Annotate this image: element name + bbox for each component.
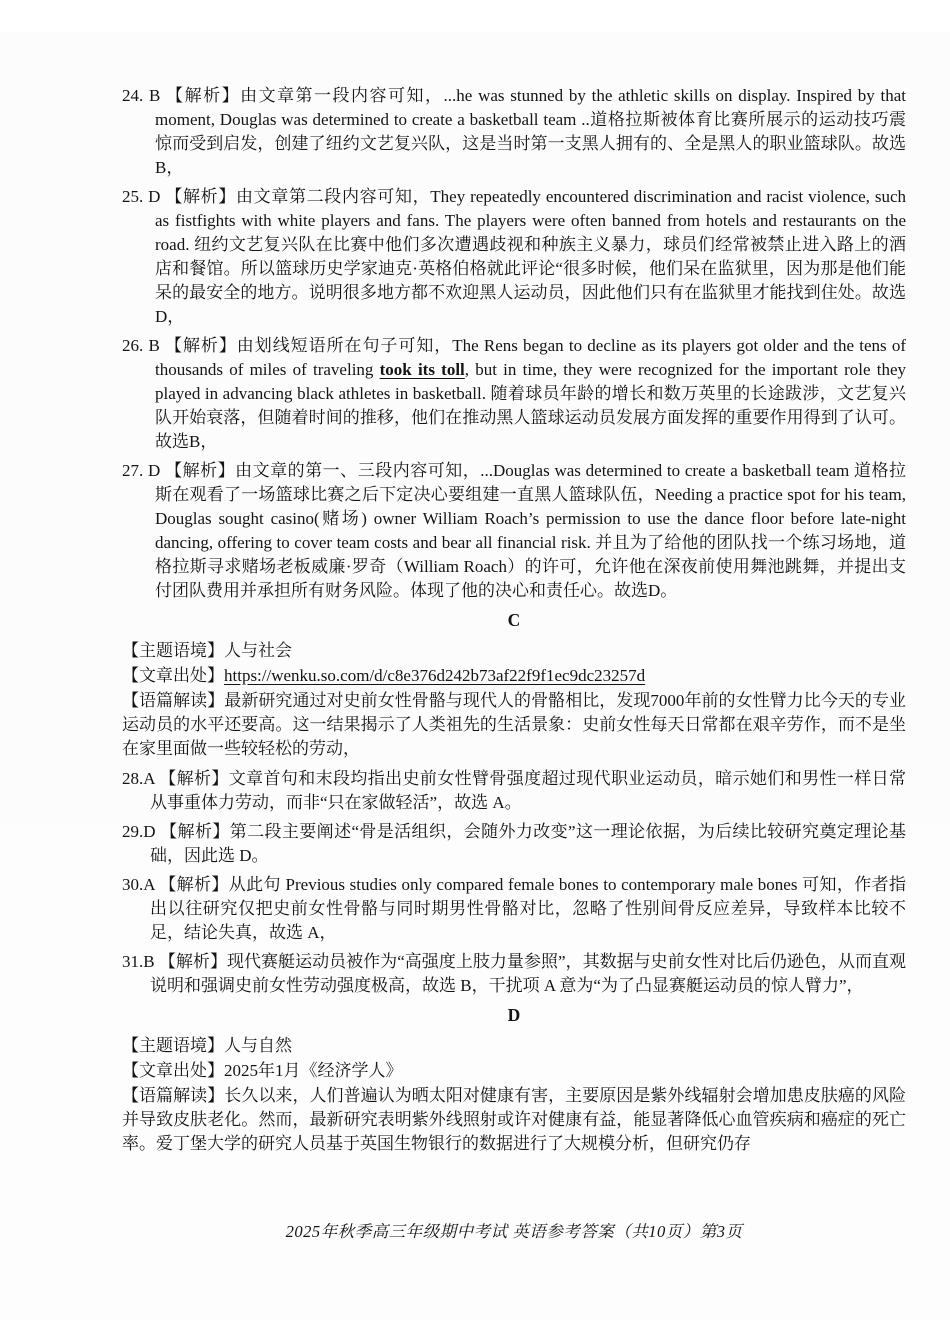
underlined-phrase: took its toll: [380, 360, 465, 379]
answer-explanation: 【解析】由文章第一段内容可知，...he was stunned by the …: [155, 86, 906, 177]
page-footer: 2025年秋季高三年级期中考试 英语参考答案（共10页）第3页: [122, 1218, 906, 1242]
answer-item-29: 29.D 【解析】第二段主要阐述“骨是活组织，会随外力改变”这一理论依据，为后续…: [122, 820, 906, 868]
answer-item-24: 24. B 【解析】由文章第一段内容可知，...he was stunned b…: [122, 84, 906, 180]
answer-item-27: 27. D 【解析】由文章的第一、三段内容可知，...Douglas was d…: [122, 459, 906, 603]
answer-item-26: 26. B 【解析】由划线短语所在句子可知，The Rens began to …: [122, 334, 906, 454]
answer-number-letter: 28.A: [122, 769, 159, 788]
answer-item-31: 31.B 【解析】现代赛艇运动员被作为“高强度上肢力量参照”，其数据与史前女性对…: [122, 950, 906, 998]
section-c-heading: C: [122, 608, 906, 632]
section-c-source-line: 【文章出处】https://wenku.so.com/d/c8e376d242b…: [122, 664, 906, 688]
answer-explanation: 【解析】第二段主要阐述“骨是活组织，会随外力改变”这一理论依据，为后续比较研究奠…: [150, 822, 906, 865]
exam-answer-sheet-page: 24. B 【解析】由文章第一段内容可知，...he was stunned b…: [0, 0, 950, 1320]
analysis-text: 长久以来，人们普遍认为晒太阳对健康有害，主要原因是紫外线辐射会增加患皮肤癌的风险…: [122, 1086, 906, 1153]
section-c-theme-line: 【主题语境】人与社会: [122, 639, 906, 663]
answer-explanation: 【解析】文章首句和末段均指出史前女性臂骨强度超过现代职业运动员，暗示她们和男性一…: [150, 769, 906, 812]
answer-explanation: 【解析】从此句 Previous studies only compared f…: [150, 875, 906, 942]
page-content: 24. B 【解析】由文章第一段内容可知，...he was stunned b…: [122, 84, 906, 1162]
analysis-label: 【语篇解读】: [122, 691, 224, 710]
answer-number-letter: 31.B: [122, 952, 159, 971]
answer-number-letter: 25. D: [122, 187, 165, 206]
answer-number-letter: 27. D: [122, 461, 165, 480]
answer-number-letter: 30.A: [122, 875, 159, 894]
section-d-theme-line: 【主题语境】人与自然: [122, 1034, 906, 1058]
section-d-analysis: 【语篇解读】长久以来，人们普遍认为晒太阳对健康有害，主要原因是紫外线辐射会增加患…: [122, 1084, 906, 1156]
source-label: 【文章出处】: [122, 666, 224, 685]
answer-number-letter: 29.D: [122, 822, 160, 841]
source-url: https://wenku.so.com/d/c8e376d242b73af22…: [224, 666, 645, 685]
answer-number-letter: 24. B: [122, 86, 166, 105]
source-label: 【文章出处】: [122, 1061, 224, 1080]
theme-value: 人与自然: [224, 1036, 292, 1055]
answer-item-28: 28.A 【解析】文章首句和末段均指出史前女性臂骨强度超过现代职业运动员，暗示她…: [122, 767, 906, 815]
answer-item-25: 25. D 【解析】由文章第二段内容可知，They repeatedly enc…: [122, 185, 906, 329]
section-c-analysis: 【语篇解读】最新研究通过对史前女性骨骼与现代人的骨骼相比，发现7000年前的女性…: [122, 689, 906, 761]
section-d-source-line: 【文章出处】2025年1月《经济学人》: [122, 1059, 906, 1083]
answer-number-letter: 26. B: [122, 336, 165, 355]
answer-item-30: 30.A 【解析】从此句 Previous studies only compa…: [122, 873, 906, 945]
source-value: 2025年1月《经济学人》: [224, 1061, 403, 1080]
answer-explanation: 【解析】由文章第二段内容可知，They repeatedly encounter…: [155, 187, 906, 326]
theme-value: 人与社会: [224, 641, 292, 660]
section-d-heading: D: [122, 1003, 906, 1027]
answer-explanation: 【解析】现代赛艇运动员被作为“高强度上肢力量参照”，其数据与史前女性对比后仍逊色…: [150, 952, 906, 995]
theme-label: 【主题语境】: [122, 641, 224, 660]
answer-explanation: 【解析】由文章的第一、三段内容可知，...Douglas was determi…: [155, 461, 906, 600]
analysis-text: 最新研究通过对史前女性骨骼与现代人的骨骼相比，发现7000年前的女性臂力比今天的…: [122, 691, 906, 758]
theme-label: 【主题语境】: [122, 1036, 224, 1055]
analysis-label: 【语篇解读】: [122, 1086, 224, 1105]
